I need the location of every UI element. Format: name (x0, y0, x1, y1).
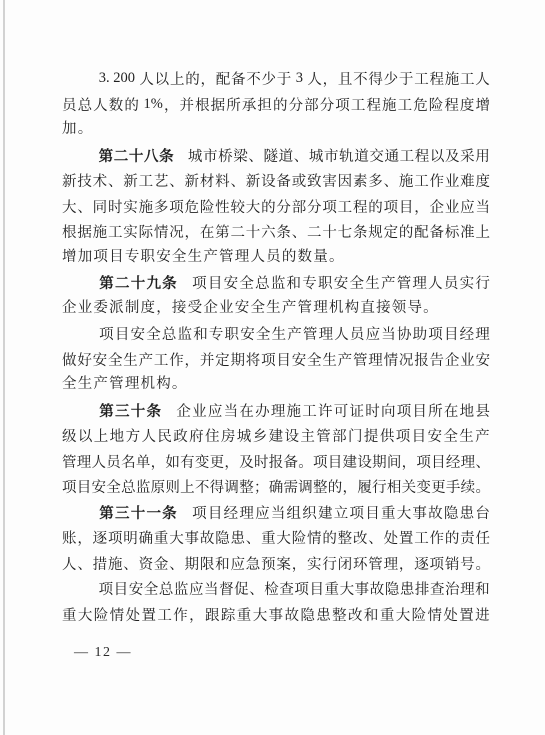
text-char: 治 (445, 578, 460, 599)
text-char: 民 (157, 425, 172, 446)
text-char: 。 (475, 476, 490, 497)
article-number-char: 十 (131, 502, 146, 523)
text-line: 第三十一条项目经理应当组织建立项目重大事故隐患台 (62, 500, 490, 526)
text-char: 重 (237, 604, 252, 625)
text-char: 的 (261, 196, 276, 217)
text-char: 于 (399, 68, 414, 89)
text-char: 安 (156, 249, 172, 265)
text-char: 3. 200 (99, 70, 139, 87)
text-char: 安 (240, 323, 255, 344)
text-char: 施 (287, 400, 302, 421)
text-char: 的 (328, 476, 343, 497)
text-char: 较 (230, 196, 245, 217)
text-char: 建 (269, 425, 284, 446)
text-char: 工 (414, 527, 429, 548)
text-char: 的 (273, 94, 288, 115)
text-char: 及 (445, 145, 460, 166)
text-line: 加。 (62, 117, 490, 143)
text-char: 项 (261, 349, 276, 370)
text-char: 原 (151, 476, 166, 497)
text-char: 责 (460, 527, 475, 548)
text-char: 准 (460, 221, 475, 242)
text-char: 报 (414, 349, 429, 370)
text-char: 相 (387, 476, 402, 497)
text-char: 目 (208, 272, 223, 293)
text-char: 专 (209, 323, 224, 344)
article-number-char: 条 (162, 272, 177, 293)
text-char: 项 (62, 476, 77, 497)
text-line: 账，逐项明确重大事故隐患、重大险情的整改、处置工作的责任 (62, 525, 490, 551)
text-char: 全 (239, 272, 254, 293)
text-char: 机 (141, 376, 157, 392)
text-char: 施 (445, 68, 460, 89)
text-char: 的 (368, 196, 383, 217)
text-char: 隐 (300, 604, 315, 625)
text-char: 目 (77, 476, 92, 497)
page-number: — 12 — (74, 645, 132, 661)
text-char: 导 (407, 300, 423, 316)
text-char: 工 (338, 196, 353, 217)
text-char: 料 (215, 170, 230, 191)
text-char: 条 (276, 221, 291, 242)
text-char: 全 (62, 376, 78, 392)
text-char: 项 (169, 196, 184, 217)
text-char: 因 (338, 170, 353, 191)
article-number-char: 条 (146, 400, 161, 421)
text-char: 六 (261, 221, 276, 242)
text-char: 据 (77, 221, 92, 242)
text-char: 产 (338, 349, 353, 370)
text-char: 督 (219, 578, 234, 599)
text-char: 大 (78, 604, 93, 625)
text-char: 通 (385, 145, 400, 166)
text-char: 桥 (218, 145, 233, 166)
text-char: 生 (266, 300, 282, 316)
article-number-char: 一 (146, 502, 161, 523)
text-char: 。 (298, 451, 313, 472)
text-char: 查 (430, 578, 445, 599)
scan-edge-artifact (3, 0, 5, 735)
text-char: 理 (235, 249, 251, 265)
text-char: 经 (460, 323, 475, 344)
text-line: 管理人员名单，如有变更，及时报备。项目建设期间，项目经理、 (62, 449, 490, 475)
text-char: ， (323, 68, 338, 89)
text-char: 隐 (215, 527, 230, 548)
text-char: 二 (230, 221, 245, 242)
text-char: 总 (78, 94, 93, 115)
text-char: 闭 (338, 553, 353, 574)
text-char: 配 (216, 68, 231, 89)
text-char: 目 (328, 451, 343, 472)
text-char: 府 (189, 425, 204, 446)
text-char: 账 (62, 527, 77, 548)
text-char: 变 (195, 451, 210, 472)
text-char: 人 (334, 323, 349, 344)
text-char: 项 (349, 502, 364, 523)
text-char: 目 (365, 502, 380, 523)
text-char: 企 (176, 400, 191, 421)
text-char: 办 (255, 400, 270, 421)
text-char: 业 (460, 349, 475, 370)
text-line: 做好安全生产工作，并定期将项目安全生产管理情况报告企业安 (62, 347, 490, 373)
text-char: 害 (322, 170, 337, 191)
text-char: 总 (162, 323, 177, 344)
text-char: 或 (292, 170, 307, 191)
text-char: 逐 (414, 553, 429, 574)
text-line: 大、同时实施多项危险性较大的分部分项工程的项目，企业应当 (62, 194, 490, 220)
text-char: 上 (94, 425, 109, 446)
text-char: 人 (250, 249, 266, 265)
text-char: 不 (195, 476, 210, 497)
text-char: 得 (210, 476, 225, 497)
text-char: 产 (93, 376, 109, 392)
text-char: 工 (154, 349, 169, 370)
text-char: 备 (231, 68, 246, 89)
text-char: 理 (368, 349, 383, 370)
text-char: 金 (154, 553, 169, 574)
text-char: 目 (208, 502, 223, 523)
text-char: 安 (235, 300, 251, 316)
text-char: 地 (110, 425, 125, 446)
text-char: 业 (219, 300, 235, 316)
paragraph: 第二十九条项目安全总监和专职安全生产管理人员实行企业委派制度，接受企业安全生产管… (62, 270, 490, 321)
text-char: 加 (62, 121, 78, 137)
text-char: 应 (189, 578, 204, 599)
text-char: 整 (313, 476, 328, 497)
paragraph: 第二十八条城市桥梁、隧道、城市轨道交通工程以及采用新技术、新工艺、新材料、新设备… (62, 143, 490, 271)
text-char: ， (77, 527, 92, 548)
text-char: 生 (322, 349, 337, 370)
text-char: 大 (340, 578, 355, 599)
text-char: 好 (77, 349, 92, 370)
text-char: 派 (109, 300, 125, 316)
text-char: 实 (123, 221, 138, 242)
text-char: 职 (225, 323, 240, 344)
text-char: 故 (284, 604, 299, 625)
text-char: 少 (384, 68, 399, 89)
text-char: 的 (322, 527, 337, 548)
text-char: 协 (397, 323, 412, 344)
text-char: 目 (276, 349, 291, 370)
text-char: 上 (180, 476, 195, 497)
text-char: 目 (412, 425, 427, 446)
text-char: 逐 (93, 527, 108, 548)
paragraph: 3. 200 人以上的，配备不少于 3 人，且不得少于工程施工人员总人数的 1%… (62, 66, 490, 143)
text-char: 作 (173, 604, 188, 625)
text-char: 大 (396, 604, 411, 625)
text-char: 根 (62, 221, 77, 242)
text-char: 隧 (264, 145, 279, 166)
text-char: 总 (159, 578, 174, 599)
text-char: 全 (307, 349, 322, 370)
text-char: 期 (230, 349, 245, 370)
text-char: ， (185, 221, 200, 242)
text-char: 不 (353, 68, 368, 89)
text-char: 改 (353, 527, 368, 548)
scanned-document-page: 3. 200 人以上的，配备不少于 3 人，且不得少于工程施工人员总人数的 1%… (0, 0, 545, 735)
text-char: 备 (430, 221, 445, 242)
text-char: 级 (62, 425, 77, 446)
text-char: 程 (366, 94, 381, 115)
text-char: 人 (475, 68, 490, 89)
text-char: 配 (414, 221, 429, 242)
text-char: 目 (399, 196, 414, 217)
text-char: 、 (248, 145, 263, 166)
text-char: 实 (307, 553, 322, 574)
text-char: 应 (208, 400, 223, 421)
text-char: ， (292, 553, 307, 574)
text-char: 业 (445, 196, 460, 217)
text-char: 理 (319, 323, 334, 344)
article-number-char: 十 (131, 272, 146, 293)
text-char: 乡 (253, 425, 268, 446)
text-char: 产 (475, 425, 490, 446)
text-char: 更 (431, 476, 446, 497)
text-char: 情 (384, 349, 399, 370)
text-char: 变 (416, 476, 431, 497)
text-char: 、 (475, 451, 490, 472)
text-char: 程 (415, 145, 430, 166)
text-char: 隐 (385, 578, 400, 599)
text-char: 增 (62, 249, 78, 265)
text-line: 全生产管理机构。 (62, 372, 490, 398)
text-char: 3 (292, 70, 307, 87)
text-char: 则 (165, 476, 180, 497)
text-char: ， (189, 604, 204, 625)
text-char: 第 (215, 221, 230, 242)
article-number-char: 条 (159, 145, 174, 166)
text-char: 险 (200, 196, 215, 217)
text-char: 、 (77, 196, 92, 217)
text-char: 患 (316, 604, 331, 625)
text-char: 员 (106, 451, 121, 472)
text-char: 工 (460, 68, 475, 89)
text-char: 1% (140, 96, 163, 113)
text-char: 设 (261, 170, 276, 191)
text-char: 重 (380, 604, 395, 625)
text-line: 级以上地方人民政府住房城乡建设主管部门提供项目安全生产 (62, 423, 490, 449)
text-line: 人、措施、资金、期限和应急预案，实行闭环管理，逐项销号。 (62, 551, 490, 577)
text-char: 在 (200, 221, 215, 242)
text-line: 第二十八条城市桥梁、隧道、城市轨道交通工程以及采用 (62, 143, 490, 169)
text-char: 告 (430, 349, 445, 370)
text-line: 增加项目专职安全生产管理人员的数量。 (62, 245, 490, 271)
article-number-char: 第 (99, 272, 114, 293)
text-char: 门 (348, 425, 363, 446)
text-line: 重大险情处置工作，跟踪重大事故隐患整改和重大险情处置进 (62, 602, 490, 628)
text-char: 工 (157, 604, 172, 625)
text-char: 据 (211, 94, 226, 115)
text-char: 所 (428, 400, 443, 421)
text-char: 作 (430, 527, 445, 548)
article-number-char: 条 (162, 502, 177, 523)
text-char: 手 (446, 476, 461, 497)
text-char: 。 (475, 553, 490, 574)
text-char: 城 (188, 145, 203, 166)
text-char: 危 (185, 196, 200, 217)
text-char: 工 (400, 145, 415, 166)
text-char: 七 (338, 221, 353, 242)
text-char: 全 (108, 349, 123, 370)
text-char: 供 (380, 425, 395, 446)
text-char: 项 (313, 451, 328, 472)
text-char: 理 (271, 400, 286, 421)
text-char: 专 (125, 249, 141, 265)
article-number-char: 三 (115, 502, 130, 523)
text-char: 故 (428, 502, 443, 523)
text-char: 台 (475, 502, 490, 523)
text-char: 企 (62, 300, 78, 316)
text-char: 管 (316, 425, 331, 446)
text-char: 将 (246, 349, 261, 370)
text-char: 程 (353, 196, 368, 217)
text-char: 生 (272, 323, 287, 344)
text-char: 应 (255, 502, 270, 523)
text-char: 际 (139, 221, 154, 242)
text-char: 号 (460, 553, 475, 574)
text-char: 项 (192, 272, 207, 293)
text-char: 明 (123, 527, 138, 548)
text-char: 理 (77, 451, 92, 472)
text-char: 全 (146, 323, 161, 344)
text-char: 患 (400, 578, 415, 599)
text-char: 工 (139, 170, 154, 191)
text-char: 新 (246, 170, 261, 191)
text-char: 及 (239, 451, 254, 472)
text-char: 生 (459, 425, 474, 446)
text-char: 全 (172, 249, 188, 265)
text-char: 以 (78, 425, 93, 446)
text-char: 的 (185, 68, 200, 89)
text-char: 艺 (154, 170, 169, 191)
text-char: 工 (351, 94, 366, 115)
text-char: 所 (226, 94, 241, 115)
text-char: 项 (416, 451, 431, 472)
text-char: 二 (307, 221, 322, 242)
text-char: 目 (444, 323, 459, 344)
article-number-char: 第 (99, 502, 114, 523)
text-char: ， (156, 300, 172, 316)
text-char: ， (200, 68, 215, 89)
text-char: 预 (261, 553, 276, 574)
text-char: 于 (277, 68, 292, 89)
text-char: 直 (360, 300, 376, 316)
article-number-char: 第 (99, 400, 114, 421)
text-char: 以 (430, 145, 445, 166)
text-char: 加 (78, 249, 94, 265)
text-char: 员 (266, 249, 282, 265)
text-char: 监 (136, 476, 151, 497)
text-char: 监 (178, 323, 193, 344)
text-char: 安 (131, 323, 146, 344)
text-char: 和 (475, 578, 490, 599)
text-char: 政 (173, 425, 188, 446)
text-char: 并 (180, 94, 195, 115)
text-line: 企业委派制度，接受企业安全生产管理机构直接领导。 (62, 296, 490, 322)
text-char: 全 (250, 300, 266, 316)
text-char: 许 (318, 400, 333, 421)
text-char: 主 (300, 425, 315, 446)
text-char: 跟 (205, 604, 220, 625)
text-char: 促 (234, 578, 249, 599)
text-char: 向 (381, 400, 396, 421)
text-char: 调 (224, 476, 239, 497)
text-char: ； (254, 476, 269, 497)
text-char: 部 (304, 94, 319, 115)
text-char: 企 (203, 300, 219, 316)
text-char: 备 (283, 451, 298, 472)
text-char: 生 (365, 272, 380, 293)
text-char: 情 (307, 527, 322, 548)
text-char: 专 (302, 272, 317, 293)
article-number-char: 二 (115, 272, 130, 293)
text-char: 需 (283, 476, 298, 497)
text-char: 目 (114, 578, 129, 599)
text-char: 县 (475, 400, 490, 421)
text-char: 领 (392, 300, 408, 316)
text-char: 重 (325, 578, 340, 599)
text-char: 报 (269, 451, 284, 472)
text-char: 项 (322, 196, 337, 217)
text-char: 理 (475, 323, 490, 344)
text-char: 市 (203, 145, 218, 166)
text-char: 部 (332, 425, 347, 446)
text-char: 量 (313, 249, 329, 265)
text-char: 目 (412, 400, 427, 421)
text-char: 助 (413, 323, 428, 344)
text-char: 术 (93, 170, 108, 191)
text-char: 改 (348, 604, 363, 625)
article-number-char: 十 (129, 145, 144, 166)
text-char: 生 (188, 249, 204, 265)
text-char: 大 (62, 196, 77, 217)
text-char: 不 (246, 68, 261, 89)
text-char: 实 (460, 272, 475, 293)
text-char: 案 (276, 553, 291, 574)
text-char: 故 (370, 578, 385, 599)
text-char: 患 (230, 527, 245, 548)
text-char: 理 (384, 553, 399, 574)
text-char: 企 (445, 349, 460, 370)
text-char: 产 (139, 349, 154, 370)
text-char: 职 (141, 249, 157, 265)
text-char: 构 (345, 300, 361, 316)
text-line: 项目安全总监原则上不得调整；确需调整的，履行相关变更手续。 (62, 474, 490, 500)
text-char: 措 (93, 553, 108, 574)
text-char: 、 (292, 221, 307, 242)
text-char: 情 (427, 604, 442, 625)
text-char: 人 (307, 68, 322, 89)
text-char: 的 (445, 527, 460, 548)
text-char: 、 (384, 170, 399, 191)
text-char: 急 (246, 553, 261, 574)
text-char: 和 (215, 553, 230, 574)
paragraph: 第三十一条项目经理应当组织建立项目重大事故隐患台账，逐项明确重大事故隐患、重大险… (62, 500, 490, 577)
article-number-char: 十 (131, 400, 146, 421)
text-char: 工 (302, 400, 317, 421)
text-line: 3. 200 人以上的，配备不少于 3 人，且不得少于工程施工人 (62, 66, 490, 92)
text-char: 处 (126, 604, 141, 625)
text-line: 员总人数的 1%，并根据所承担的分部分项工程施工危险程度增 (62, 92, 490, 118)
text-char: 同 (93, 196, 108, 217)
text-char: 大 (397, 502, 412, 523)
text-char: 和 (364, 604, 379, 625)
text-char: 名 (121, 451, 136, 472)
article-number-char: 第 (99, 145, 114, 166)
text-char: 应 (230, 553, 245, 574)
text-char: 机 (329, 300, 345, 316)
text-char: 提 (364, 425, 379, 446)
